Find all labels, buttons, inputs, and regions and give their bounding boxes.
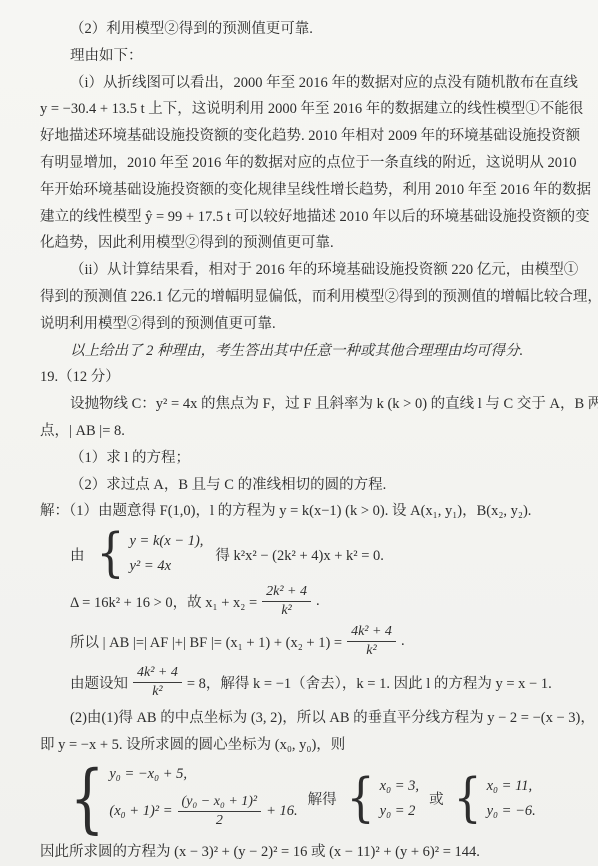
fraction-numerator: 4k² + 4 [347, 624, 396, 642]
fraction: 2k² + 4 k² [262, 584, 311, 619]
solve-k-equation: 由题设知 4k² + 4 k² = 8，解得 k = −1（舍去），k = 1.… [40, 665, 574, 700]
system2-eq2: (x₀ + 1)² = (y₀ − x₀ + 1)² 2 + 16. [109, 787, 297, 835]
q18-reason-ii-line: 得到的预测值 226.1 亿元的增幅明显偏低，而利用模型②得到的预测值的增幅比较… [40, 284, 574, 311]
left-brace-icon: { [347, 773, 375, 825]
fraction-numerator: 2k² + 4 [262, 584, 311, 602]
sol1-eq2: y₀ = 2 [380, 799, 419, 824]
solve-label: 解得 [308, 788, 337, 809]
ab-end: . [401, 633, 405, 650]
equation-system-substitution: 由 { y = k(x − 1), y² = 4x 得 k²x² − (2k² … [40, 529, 574, 579]
q18-reason-intro: 理由如下： [40, 43, 574, 70]
circle-system-block: { y₀ = −x₀ + 5, (x₀ + 1)² = (y₀ − x₀ + 1… [40, 762, 574, 835]
exam-solution-page: （2）利用模型②得到的预测值更可靠. 理由如下： （i）从折线图可以看出，200… [0, 0, 598, 866]
fraction: 4k² + 4 k² [133, 665, 182, 700]
q18-reason-i-line: 建立的线性模型 ŷ = 99 + 17.5 t 可以较好地描述 2010 年以后… [40, 204, 574, 231]
delta-pre: Δ = 16k² + 16 > 0，故 x₁ + x₂ = [70, 591, 257, 612]
system1-label: 由 [70, 544, 85, 565]
or-label: 或 [429, 788, 444, 809]
system1-eq2: y² = 4x [130, 554, 204, 579]
system2-eq2-post: + 16. [266, 799, 298, 824]
q18-reason-i-line: （i）从折线图可以看出，2000 年至 2016 年的数据对应的点没有随机散布在… [40, 70, 574, 97]
fraction-numerator: (y₀ − x₀ + 1)² [178, 794, 262, 812]
q18-reason-i-line: 有明显增加，2010 年至 2016 年的数据对应的点位于一条直线的附近，这说明… [40, 150, 574, 177]
system2-eq1: y₀ = −x₀ + 5, [109, 762, 297, 787]
solution-pair-2: { x₀ = 11, y₀ = −6. [454, 774, 536, 824]
equation-system: { y₀ = −x₀ + 5, (x₀ + 1)² = (y₀ − x₀ + 1… [70, 762, 298, 835]
ab-pre: 所以 | AB |=| AF |+| BF |= (x₁ + 1) + (x₂ … [70, 631, 342, 652]
part2-line: (2)由(1)得 AB 的中点坐标为 (3, 2)，所以 AB 的垂直平分线方程… [40, 705, 574, 732]
q19-statement-line: 设抛物线 C：y² = 4x 的焦点为 F，过 F 且斜率为 k (k > 0)… [40, 391, 574, 418]
q18-reason-ii-line: 说明利用模型②得到的预测值更可靠. [40, 311, 574, 338]
solution-pair-1: { x₀ = 3, y₀ = 2 [347, 774, 419, 824]
left-brace-icon: { [70, 762, 104, 837]
q18-reason-ii-line: （ii）从计算结果看，相对于 2016 年的环境基础设施投资额 220 亿元，由… [40, 257, 574, 284]
sol2-eq1: x₀ = 11, [487, 774, 536, 799]
system1-result: 得 k²x² − (2k² + 4)x + k² = 0. [215, 544, 384, 565]
q18-reason-i-line: 年开始环境基础设施投资额的变化规律呈线性增长趋势，利用 2010 年至 2016… [40, 177, 574, 204]
equation-system: { y = k(x − 1), y² = 4x [97, 529, 204, 579]
q19-part1-prompt: （1）求 l 的方程； [40, 445, 574, 472]
fraction: (y₀ − x₀ + 1)² 2 [178, 794, 262, 829]
system2-eq2-pre: (x₀ + 1)² = [109, 799, 172, 824]
sol1-eq1: x₀ = 3, [380, 774, 419, 799]
fraction-numerator: 4k² + 4 [133, 665, 182, 683]
fraction-denominator: 2 [178, 812, 262, 829]
left-brace-icon: { [97, 528, 125, 580]
solvek-post: = 8，解得 k = −1（舍去），k = 1. 因此 l 的方程为 y = x… [187, 672, 552, 693]
delta-end: . [316, 593, 320, 610]
q19-statement-line: 点，| AB |= 8. [40, 418, 574, 445]
q18-grading-note: 以上给出了 2 种理由，考生答出其中任意一种或其他合理理由均可得分. [40, 338, 574, 365]
q18-conclusion: （2）利用模型②得到的预测值更可靠. [40, 16, 574, 43]
part2-line: 即 y = −x + 5. 设所求圆的圆心坐标为 (x₀, y₀)，则 [40, 732, 574, 759]
fraction-denominator: k² [347, 642, 396, 659]
final-answer: 因此所求圆的方程为 (x − 3)² + (y − 2)² = 16 或 (x … [40, 839, 574, 866]
q19-part2-prompt: （2）求过点 A，B 且与 C 的准线相切的圆的方程. [40, 472, 574, 499]
left-brace-icon: { [454, 773, 482, 825]
q18-reason-i-line: y = −30.4 + 13.5 t 上下，这说明利用 2000 年至 2016… [40, 96, 574, 123]
fraction-denominator: k² [262, 602, 311, 619]
solution-line1: 解：（1）由题意得 F(1,0)，l 的方程为 y = k(x−1) (k > … [40, 498, 574, 525]
solvek-pre: 由题设知 [70, 672, 128, 693]
fraction: 4k² + 4 k² [347, 624, 396, 659]
ab-length-equation: 所以 | AB |=| AF |+| BF |= (x₁ + 1) + (x₂ … [40, 624, 574, 659]
fraction-denominator: k² [133, 683, 182, 700]
q19-heading: 19.（12 分） [40, 364, 574, 391]
sol2-eq2: y₀ = −6. [487, 799, 536, 824]
system1-eq1: y = k(x − 1), [130, 529, 204, 554]
q18-reason-i-line: 化趋势，因此利用模型②得到的预测值更可靠. [40, 230, 574, 257]
q18-reason-i-line: 好地描述环境基础设施投资额的变化趋势. 2010 年相对 2009 年的环境基础… [40, 123, 574, 150]
delta-equation: Δ = 16k² + 16 > 0，故 x₁ + x₂ = 2k² + 4 k²… [40, 584, 574, 619]
